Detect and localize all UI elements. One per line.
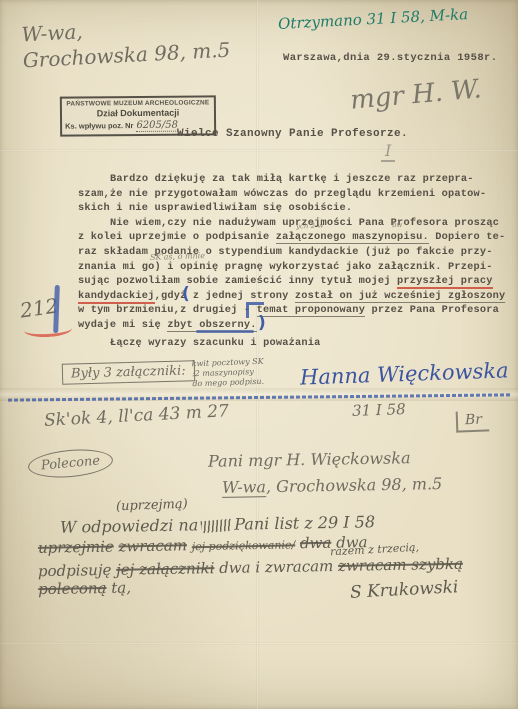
typed-line: w tym brzmieniu,z drugiej - temat propon… (78, 303, 498, 318)
blue-close-paren-mark: ) (258, 313, 266, 333)
fold-crease-horizontal-top (0, 149, 518, 152)
draft-struck-word: jej podziękowanie/ (192, 538, 296, 553)
closing-line: Łączę wyrazy szacunku i poważania (110, 337, 321, 349)
typed-text: sując pozwoliłam sobie zamieścić inny ty… (78, 275, 397, 287)
typed-line: Bardzo dziękuję za tak miłą kartkę i jes… (78, 172, 498, 187)
typed-text: Dopiero te- (429, 231, 506, 243)
underlined-phrase: temat proponowany (257, 304, 365, 317)
underlined-phrase: kandydackiej (78, 290, 155, 304)
fold-crease-horizontal-bottom (0, 642, 518, 645)
signature-s-krukowski: S Krukowski (350, 577, 459, 603)
typed-line: szam,że nie przygotowałam wówczas do prz… (78, 187, 498, 202)
pencil-insertion-3: SK'aś, o mnie (150, 251, 205, 262)
draft-opening-post: Pani list z 29 I 58 (234, 512, 375, 533)
stamp-registry-label: Ks. wpływu poz. Nr (65, 121, 133, 131)
typed-text: z kolei uprzejmie o podpisanie (78, 231, 276, 243)
underlined-phrase: przyszłej pracy (397, 275, 493, 289)
typed-line: znania mi go) i opinię pragnę wykorzysta… (78, 260, 498, 275)
addressee-street: , Grochowska 98, m.5 (266, 474, 443, 496)
typed-text: raz składam podanie o stypendium kandyda… (78, 246, 493, 258)
blue-open-paren-mark: ( (182, 284, 190, 304)
enclosures-box: Były 3 załączniki: (62, 360, 195, 384)
typed-line: skich i nie usprawiedliwiłam się osobiśc… (78, 201, 498, 216)
draft-kept-word: tą, (111, 579, 131, 597)
enclosures-note: kwit pocztowy SK :2 maszynopisy do mego … (191, 357, 264, 389)
typed-line: kandydackiej,gdyż z jednej strony został… (78, 289, 498, 304)
signature-hanna-wieckowska: Hanna Więckowska (300, 358, 509, 389)
roman-numeral-mark: I (381, 141, 395, 162)
draft-struck-word: dwa (300, 534, 332, 553)
underlined-phrase: został on już wcześniej zgłoszony (295, 290, 506, 303)
pencil-initials: mgr H. W. (349, 74, 483, 115)
draft-insert-word: (uprzejmą) (116, 497, 188, 514)
addressee-address: W-wa, Grochowska 98, m.5 (222, 474, 443, 497)
typed-line: z kolei uprzejmie o podpisanie załączone… (78, 230, 498, 245)
typed-text: Bardzo dziękuję za tak miłą kartkę i jes… (110, 173, 474, 185)
dateline: Warszawa,dnia 29.stycznia 1958r. (283, 52, 497, 64)
red-underline-mark (24, 321, 73, 338)
typed-text: w tym brzmieniu,z drugiej - (78, 304, 257, 316)
draft-struck-word: uprzejmie (38, 538, 114, 557)
draft-opening-pre: W odpowiedzi na (60, 515, 199, 536)
typed-text: skich i nie usprawiedliwiłam się osobiśc… (78, 202, 352, 214)
pencil-insertion-2: bw (392, 221, 403, 229)
typed-text: ,gdyż z jednej strony (155, 290, 295, 302)
salutation: Wielce Szanowny Panie Profesorze. (177, 128, 408, 140)
draft-kept-word: podpisuję (38, 561, 112, 580)
stamp-institution: PAŃSTWOWE MUZEUM ARCHEOLOGICZNE (65, 99, 211, 107)
typed-text: znania mi go) i opinię pragnę wykorzysta… (78, 261, 493, 273)
stamp-registry-number: 6205/58 (136, 120, 178, 132)
addressee-name: Pani mgr H. Więckowska (208, 448, 411, 471)
typed-line: Nie wiem,czy nie nadużywam uprzejmości P… (78, 216, 498, 231)
underlined-phrase: załączonego maszynopisu. (276, 231, 429, 244)
address-code-note: Sk'ok 4, ll'ca 43 m 27 (44, 401, 230, 431)
blue-underline-mark (196, 330, 254, 333)
draft-struck-word: zwracam (118, 536, 187, 555)
received-note: Otrzymano 31 I 58, M-ka (278, 5, 469, 33)
typed-text: przez Pana Profesora (365, 304, 499, 316)
typed-line: wydaje mi się zbyt obszerny. (78, 318, 498, 333)
registered-mail-note: Polecone (27, 446, 114, 480)
scribble-blob (201, 518, 232, 533)
typed-body: Bardzo dziękuję za tak miłą kartkę i jes… (78, 172, 498, 333)
received-date-note: 31 I 58 (352, 400, 406, 420)
typed-text: szam,że nie przygotowałam wówczas do prz… (78, 188, 486, 200)
addressee-city: W-wa (222, 477, 266, 498)
pencil-insertion-1: ych 2-w (296, 222, 324, 231)
typed-line: raz składam podanie o stypendium kandyda… (78, 245, 498, 260)
sender-address: W-wa, Grochowska 98, m.5 (21, 11, 231, 74)
typed-line: sując pozwoliłam sobie zamieścić inny ty… (78, 274, 498, 289)
fold-crease-vertical (256, 0, 259, 709)
draft-kept-word: dwa i zwracam (219, 557, 333, 577)
draft-line-2: uprzejmie zwracam jej podziękowanie/ dwa… (38, 533, 368, 557)
typed-text: wydaje mi się (78, 319, 167, 331)
scanned-letter-page: W-wa, Grochowska 98, m.5 Otrzymano 31 I … (0, 0, 518, 709)
draft-struck-word: jej załączniki (116, 559, 215, 579)
stamp-department: Dział Dokumentacji (65, 107, 211, 118)
initials-box: Br (456, 410, 490, 432)
